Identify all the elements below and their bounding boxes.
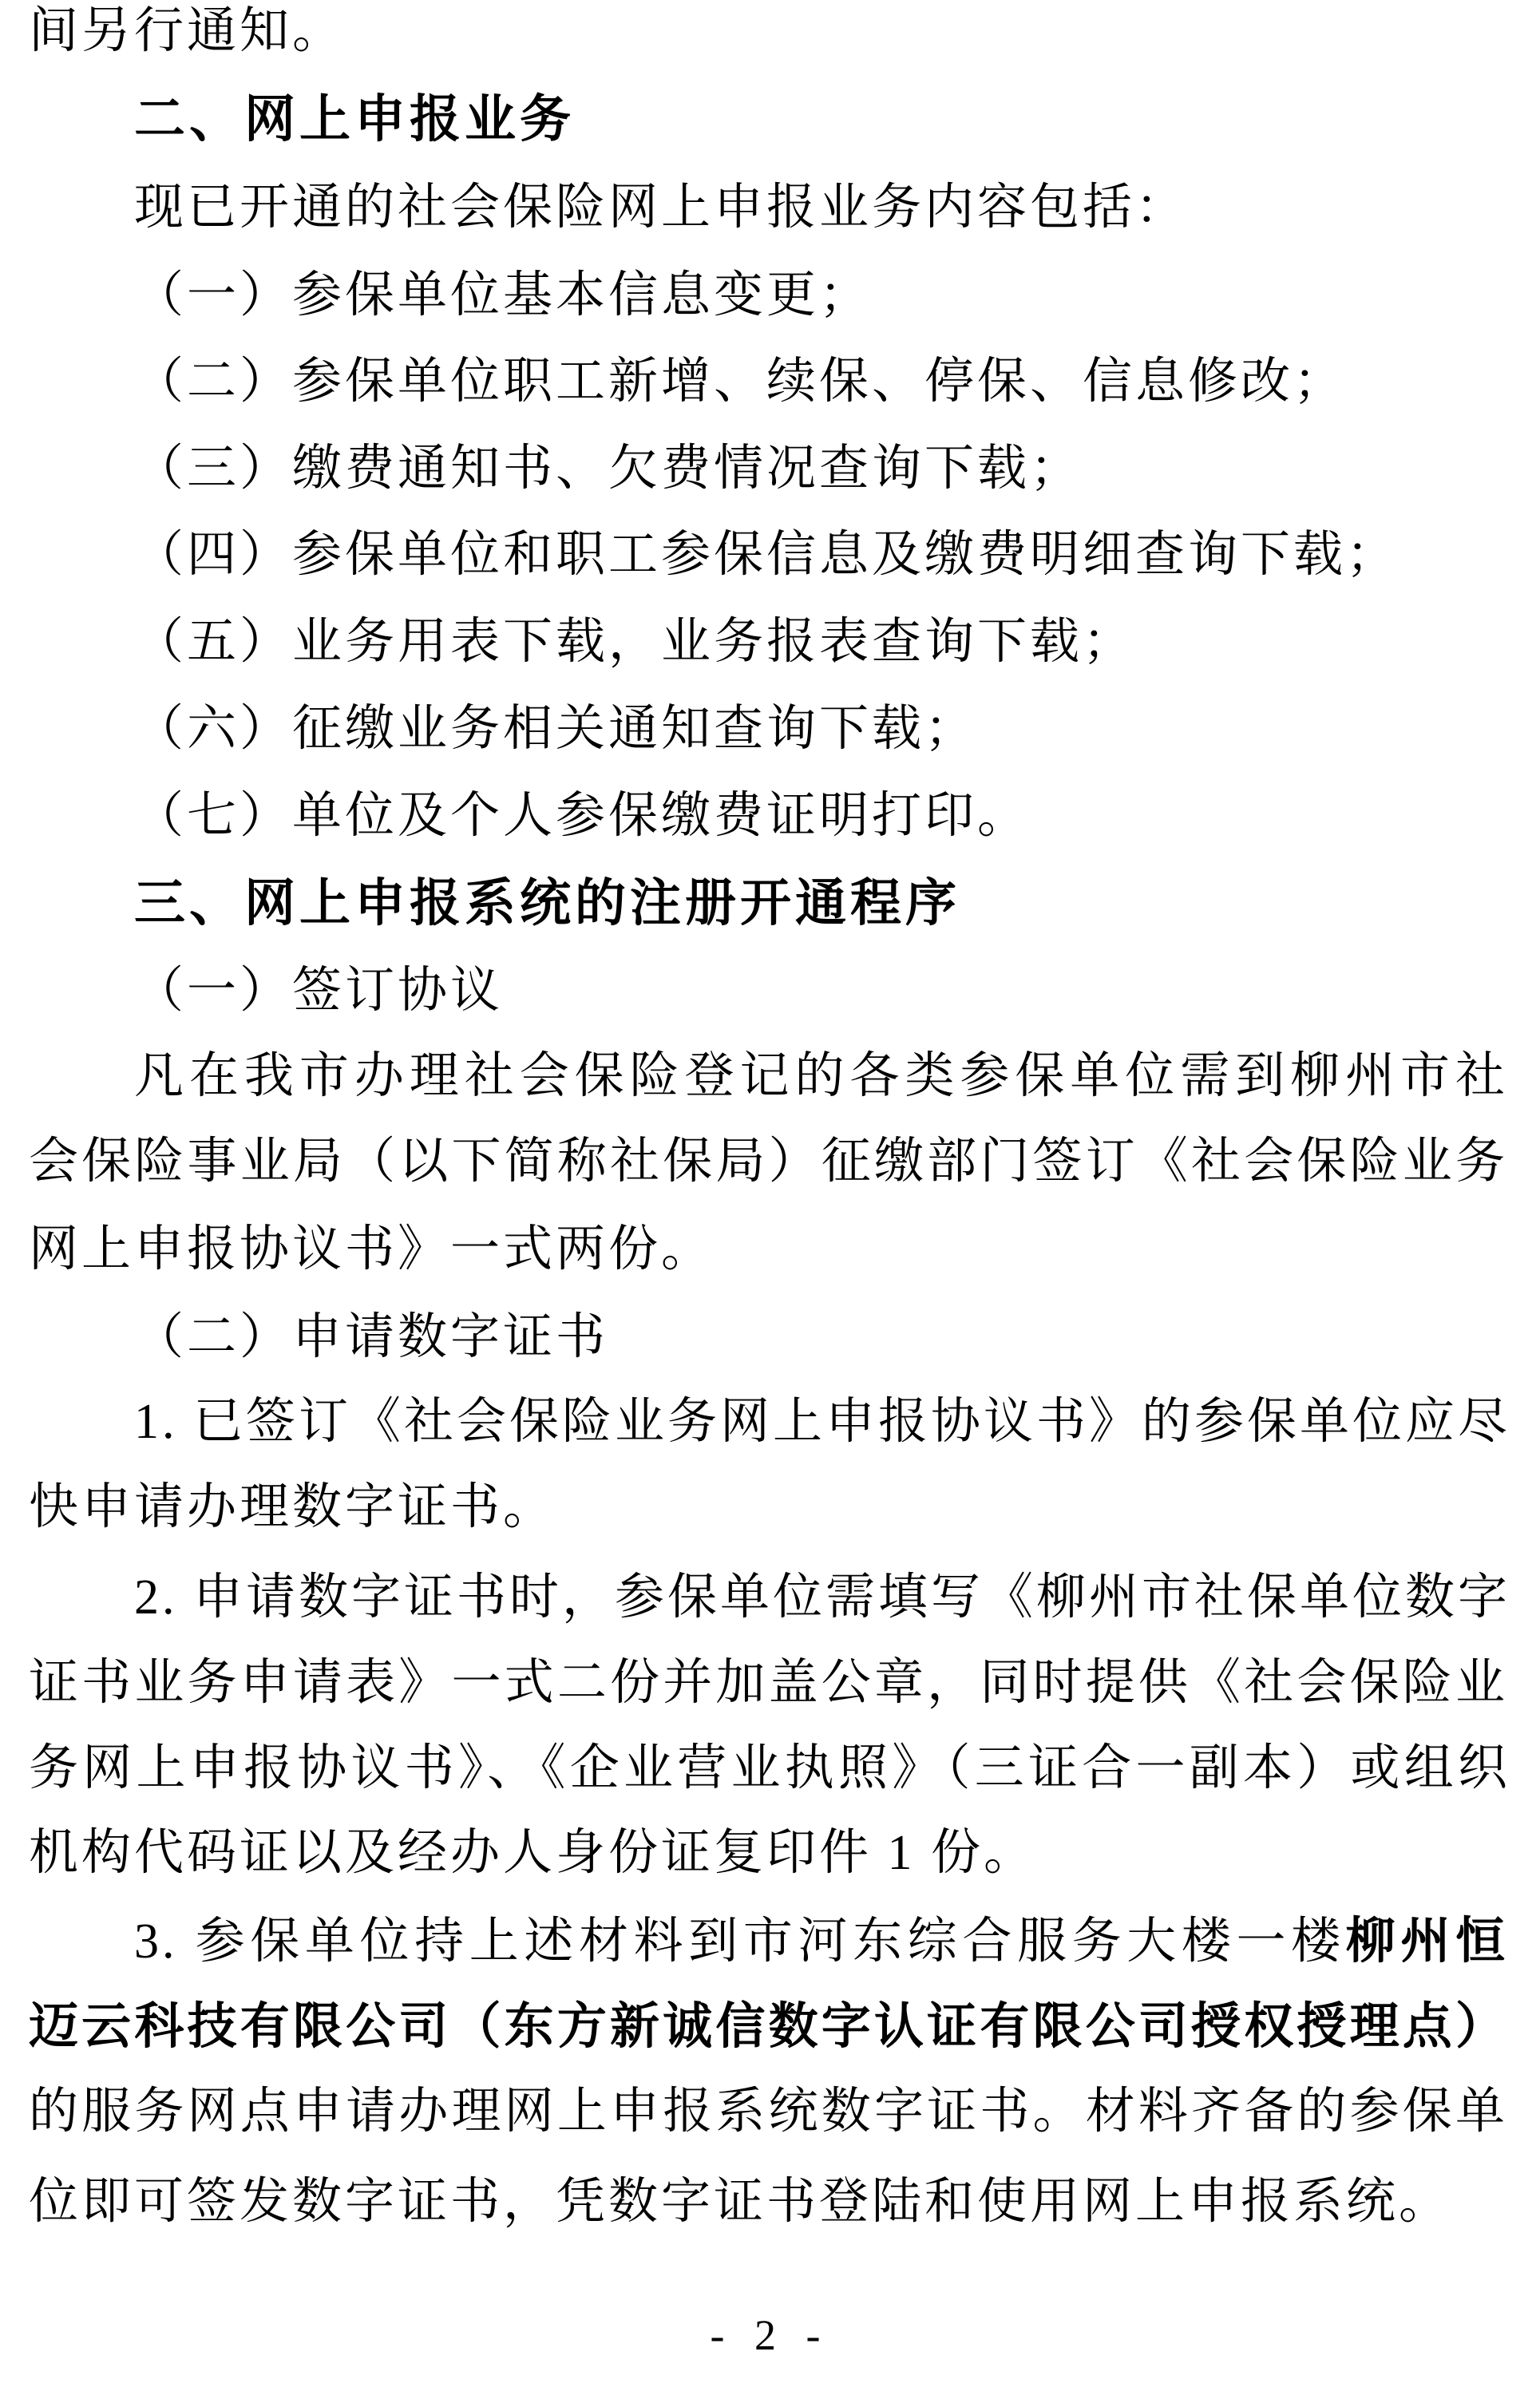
- list-item-1: （一）参保单位基本信息变更；: [134, 269, 872, 322]
- text-line: 现已开通的社会保险网上申报业务内容包括：: [134, 181, 1188, 234]
- list-item-6: （六）征缴业务相关通知查询下载；: [134, 703, 977, 755]
- text-line: 会保险事业局（以下简称社保局）征缴部门签订《社会保险业务: [29, 1135, 1508, 1188]
- text-line: 的服务网点申请办理网上申报系统数字证书。材料齐备的参保单: [29, 2085, 1508, 2138]
- section-2-heading: 二、网上申报业务: [134, 93, 575, 146]
- text-line: 位即可签发数字证书，凭数字证书登陆和使用网上申报系统。: [29, 2175, 1451, 2228]
- text-line: 快申请办理数字证书。: [29, 1481, 556, 1534]
- text-line: 机构代码证以及经办人身份证复印件 1 份。: [29, 1827, 1036, 1879]
- section-3-heading: 三、网上申报系统的注册开通程序: [134, 877, 960, 930]
- text-line: 网上申报协议书》一式两份。: [29, 1223, 714, 1276]
- text-line: 1. 已签订《社会保险业务网上申报协议书》的参保单位应尽: [134, 1395, 1508, 1448]
- paragraph-3-start: 3. 参保单位持上述材料到市河东综合服务大楼一楼: [134, 1914, 1346, 1969]
- subsection-heading: （二）申请数字证书: [134, 1311, 608, 1364]
- text-line: 2. 申请数字证书时，参保单位需填写《柳州市社保单位数字: [134, 1571, 1508, 1624]
- text-line: 务网上申报协议书》、《企业营业执照》（三证合一副本）或组织: [29, 1742, 1508, 1795]
- text-line: 证书业务申请表》一式二份并加盖公章，同时提供《社会保险业: [29, 1657, 1508, 1709]
- text-line: 凡在我市办理社会保险登记的各类参保单位需到柳州市社: [134, 1050, 1508, 1103]
- text-line: 3. 参保单位持上述材料到市河东综合服务大楼一楼柳州恒: [134, 1914, 1508, 1968]
- list-item-2: （二）参保单位职工新增、续保、停保、信息修改；: [134, 355, 1346, 408]
- list-item-4: （四）参保单位和职工参保信息及缴费明细查询下载；: [134, 528, 1399, 581]
- list-item-7: （七）单位及个人参保缴费证明打印。: [134, 790, 1030, 842]
- subsection-heading: （一）签订协议: [134, 964, 503, 1017]
- page-number: - 2 -: [0, 2310, 1540, 2360]
- company-name-bold: 柳州恒: [1346, 1911, 1508, 1969]
- list-item-3: （三）缴费通知书、欠费情况查询下载；: [134, 442, 1083, 495]
- document-page: 间另行通知。 二、网上申报业务 现已开通的社会保险网上申报业务内容包括： （一）…: [0, 0, 1540, 2399]
- list-item-5: （五）业务用表下载，业务报表查询下载；: [134, 616, 1135, 668]
- text-line: 间另行通知。: [29, 5, 345, 57]
- company-name-line-bold: 迈云科技有限公司（东方新诚信数字认证有限公司授权授理点）: [29, 2000, 1508, 2053]
